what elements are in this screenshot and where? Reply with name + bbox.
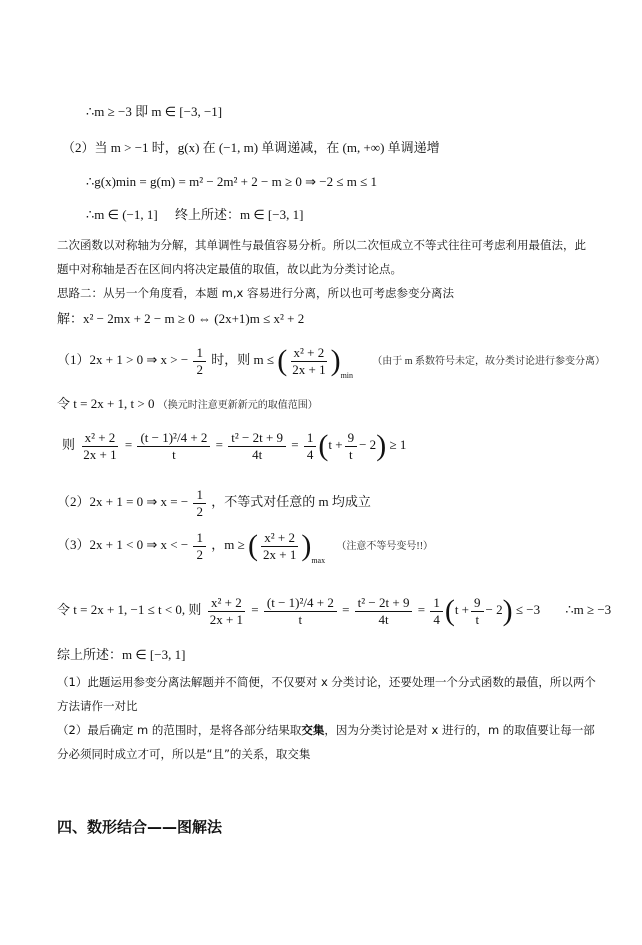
approach-2-intro: 思路二：从另一个角度看，本题 m,x 容易进行分离，所以也可考虑参变分离法 bbox=[57, 284, 454, 302]
fraction-one-half: 12 bbox=[193, 345, 206, 378]
analysis-paragraph-line-2: 题中对称轴是否在区间内将决定最值的取值，故以此为分类讨论点。 bbox=[57, 260, 402, 278]
substitution-2: 令 t = 2x + 1, −1 ≤ t < 0, 则 x² + 22x + 1… bbox=[57, 590, 611, 630]
solution-equivalence: 解：x² − 2mx + 2 − m ≥ 0 ⇔ (2x+1)m ≤ x² + … bbox=[57, 310, 304, 328]
case-1-line: （1）2x + 1 > 0 ⇒ x > − 12 时，则 m ≤ (x² + 2… bbox=[57, 340, 605, 396]
remark-2-line-1: （2）最后确定 m 的范围时，是将各部分结果取交集，因为分类讨论是对 x 进行的… bbox=[57, 721, 595, 739]
remark-2-line-2: 分必须同时成立才可，所以是“且”的关系，取交集 bbox=[57, 745, 310, 763]
case-1-condition: （1）2x + 1 > 0 ⇒ x > − bbox=[57, 352, 188, 367]
equation-1: 则 x² + 22x + 1 = (t − 1)²/4 + 2t = t² − … bbox=[62, 425, 406, 465]
case-2-min-derivation: ∴g(x)min = g(m) = m² − 2m² + 2 − m ≥ 0 ⇒… bbox=[86, 173, 377, 191]
subscript-min: min bbox=[341, 371, 353, 380]
keyword-intersection: 交集 bbox=[301, 723, 324, 737]
case-3-note: （注意不等号变号!!） bbox=[336, 541, 433, 552]
substitution-1: 令 t = 2x + 1, t > 0 （换元时注意更新新元的取值范围） bbox=[57, 395, 318, 415]
analysis-paragraph-line-1: 二次函数以对称轴为分解，其单调性与最值容易分析。所以二次恒成立不等式往往可考虑利… bbox=[57, 236, 586, 254]
case-1-then: 时，则 m ≤ bbox=[211, 352, 274, 367]
substitution-1-note: （换元时注意更新新元的取值范围） bbox=[158, 400, 318, 411]
remark-1-line-2: 方法请作一对比 bbox=[57, 697, 138, 715]
section-heading: 四、数形结合——图解法 bbox=[57, 818, 222, 836]
conclusion-case-1: ∴m ≥ −3 即 m ∈ [−3, −1] bbox=[86, 103, 222, 121]
summary-method-1: 终上所述：m ∈ [−3, 1] bbox=[175, 206, 303, 224]
case-1-note: （由于 m 系数符号未定，故分类讨论进行参变分离） bbox=[372, 356, 605, 367]
fraction-x2plus2-over-2xplus1: x² + 22x + 1 bbox=[289, 345, 328, 378]
final-conclusion: 综上所述：m ∈ [−3, 1] bbox=[57, 646, 185, 664]
case-2-result: ∴m ∈ (−1, 1] bbox=[86, 206, 158, 224]
remark-1-line-1: （1）此题运用参变分离法解题并不简便，不仅要对 x 分类讨论，还要处理一个分式函… bbox=[57, 673, 596, 691]
case-3-line: （3）2x + 1 < 0 ⇒ x < − 12 ，m ≥ (x² + 22x … bbox=[57, 525, 433, 581]
case-2-statement: （2）当 m > −1 时，g(x) 在 (−1, m) 单调递减，在 (m, … bbox=[62, 139, 440, 157]
case-2-line: （2）2x + 1 = 0 ⇒ x = − 12 ，不等式对任意的 m 均成立 bbox=[57, 482, 371, 522]
